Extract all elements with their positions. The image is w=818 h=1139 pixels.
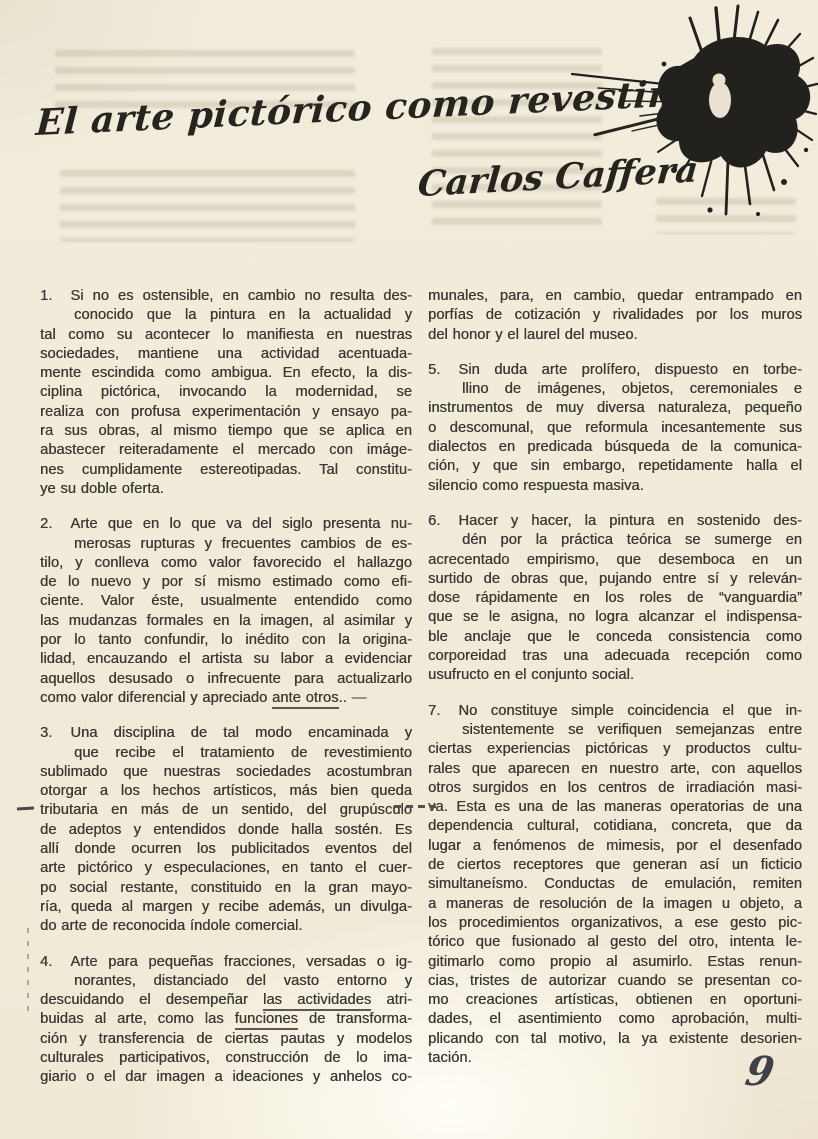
text-line: gitimarlo como propio al asumirlo. Estas…: [428, 953, 802, 972]
text-line: que recibe el tratamiento de revestimien…: [40, 744, 412, 763]
paragraph-number: 1.: [40, 288, 52, 304]
text-line: a maneras de resolución de la imagen u o…: [428, 895, 802, 914]
text-line: 2.Arte que en lo que va del siglo presen…: [40, 515, 412, 534]
text-line: otorgar a los hechos artísticos, más bie…: [40, 782, 412, 801]
paragraph-number: 4.: [40, 954, 52, 970]
text-line: de ciertos receptores que generan así un…: [428, 856, 802, 875]
text-line: llino de imágenes, objetos, ceremoniales…: [428, 380, 802, 399]
paragraph-number: 3.: [40, 725, 52, 741]
text-line: tórico que fusionado al gesto del otro, …: [428, 933, 802, 952]
text-line: nes cumplidamente estereotipadas. Tal co…: [40, 461, 412, 480]
text-line: ción y transferencia de ciertas pautas y…: [40, 1030, 412, 1049]
text-line: culturales participativos, construcción …: [40, 1049, 412, 1068]
text-line: 3.Una disciplina de tal modo encaminada …: [40, 724, 412, 743]
paragraph-continuation: munales, para, en cambio, quedar entramp…: [428, 287, 802, 345]
text-line: del honor y el laurel del museo.: [428, 326, 802, 345]
text-line: realiza con profusa experimentación y en…: [40, 403, 412, 422]
ink-splat-icon: [570, 0, 818, 222]
text-line: dén por la práctica teórica se sumerge e…: [428, 531, 802, 550]
text-line: merosas rupturas y frecuentes cambios de…: [40, 535, 412, 554]
text-line: simultaneísmo. Conductas de emulación, r…: [428, 875, 802, 894]
text-line: arte pictórico y especulaciones, en tant…: [40, 859, 412, 878]
text-line: tributaria en más de un sentido, del gru…: [40, 801, 412, 820]
text-line: lugar a fenómenos de mimesis, por el des…: [428, 837, 802, 856]
text-line: de adeptos y entendidos donde halla sost…: [40, 821, 412, 840]
text-line: ble anclaje que le conceda consistencia …: [428, 628, 802, 647]
underlined-text: funciones: [235, 1011, 298, 1030]
text-line: ciplina pictórica, invocando la modernid…: [40, 383, 412, 402]
scanned-document-page: El arte pictórico como revestimiento Car…: [0, 0, 818, 1139]
text-line: plicando con tal motivo, la ya existente…: [428, 1030, 802, 1049]
text-line: buidas al arte, como las funciones de tr…: [40, 1010, 412, 1029]
text-line: allí donde ocurren los publicitados even…: [40, 840, 412, 859]
text-line: acrecentado empirismo, que desemboca en …: [428, 551, 802, 570]
photocopy-artifact: [27, 928, 29, 1016]
text-line: o descomunal, que reformula incesantemen…: [428, 419, 802, 438]
text-line: norantes, distanciado del vasto entorno …: [40, 972, 412, 991]
text-line: abastecer reiteradamente el mercado con …: [40, 441, 412, 460]
paragraph-3: 3.Una disciplina de tal modo encaminada …: [40, 724, 412, 936]
text-line: mo creaciones artísticas, obtienen en op…: [428, 991, 802, 1010]
text-line: aquellos desusado o infrecuente para act…: [40, 670, 412, 689]
paragraph-7: 7.No constituye simple coincidencia el q…: [428, 702, 802, 1069]
text-line: dependencia cultural, cotidiana, concret…: [428, 817, 802, 836]
paragraph-6: 6.Hacer y hacer, la pintura en sostenido…: [428, 512, 802, 686]
text-line: 4.Arte para pequeñas fracciones, versada…: [40, 953, 412, 972]
text-line: de lo nuevo y por sí mismo estimado como…: [40, 573, 412, 592]
text-line: ción, y que sin embargo, repetidamente h…: [428, 457, 802, 476]
text-line: 7.No constituye simple coincidencia el q…: [428, 702, 802, 721]
text-line: munales, para, en cambio, quedar entramp…: [428, 287, 802, 306]
text-line: ría, queda al margen y recibe además, un…: [40, 898, 412, 917]
text-line: cias, tristes de autorizar cuando se pre…: [428, 972, 802, 991]
text-line: como valor diferencial y apreciado ante …: [40, 689, 412, 708]
text-line: surtido de obras que, pujando entre sí y…: [428, 570, 802, 589]
text-line: rales que aparecen en nuestro arte, con …: [428, 760, 802, 779]
paragraph-number: 2.: [40, 516, 52, 532]
text-line: por lo tanto confundir, lo inédito con l…: [40, 631, 412, 650]
text-line: ciente. Valor éste, usualmente entendido…: [40, 592, 412, 611]
text-line: otros surgidos en los centros de irradia…: [428, 779, 802, 798]
text-line: dose rápidamente en los roles de “vangua…: [428, 589, 802, 608]
paragraph-number: 5.: [428, 362, 440, 378]
underlined-text: ante otros: [272, 690, 339, 709]
text-column-left: 1.Si no es ostensible, en cambio no resu…: [40, 287, 412, 1104]
text-line: do arte de reconocida índole comercial.: [40, 917, 412, 936]
text-line: silencio como respuesta masiva.: [428, 477, 802, 496]
paragraph-2: 2.Arte que en lo que va del siglo presen…: [40, 515, 412, 708]
text-line: sociedades, mantiene una actividad acent…: [40, 345, 412, 364]
text-line: tilo, y conlleva como valor favorecido e…: [40, 554, 412, 573]
text-line: ra sus obras, al mismo tiempo que se apl…: [40, 422, 412, 441]
paragraph-4: 4.Arte para pequeñas fracciones, versada…: [40, 953, 412, 1088]
text-line: descuidando el desempeñar las actividade…: [40, 991, 412, 1010]
text-line: corporeidad tras una adecuada recepción …: [428, 647, 802, 666]
text-line: las mudanzas formales en la imagen, al a…: [40, 612, 412, 631]
text-line: dades, el asentimiento como aprobación, …: [428, 1010, 802, 1029]
text-line: sublimado que nuestras sociedades acostu…: [40, 763, 412, 782]
underlined-text: las actividades: [263, 992, 371, 1011]
text-line: lidad, encauzando el artista su labor a …: [40, 650, 412, 669]
paragraph-1: 1.Si no es ostensible, en cambio no resu…: [40, 287, 412, 499]
text-line: sistentemente se verifiquen semejanzas e…: [428, 721, 802, 740]
text-line: usufructo en el conjunto social.: [428, 666, 802, 685]
paragraph-number: 7.: [428, 703, 440, 719]
text-line: que se le asigna, no logra alcanzar el i…: [428, 608, 802, 627]
text-line: los procedimientos organizativos, a ese …: [428, 914, 802, 933]
pen-dash-mark: [17, 807, 34, 811]
text-line: tal como su acontecer lo manifiesta en n…: [40, 326, 412, 345]
text-line: dialectos en predicada búsqueda de la co…: [428, 438, 802, 457]
text-line: giario o el dar imagen a ideaciones y an…: [40, 1068, 412, 1087]
text-line: conocido que la pintura en la actualidad…: [40, 306, 412, 325]
text-line: mente escindida como ambigua. En efecto,…: [40, 364, 412, 383]
text-line: ciertas experiencias pictóricas y produc…: [428, 740, 802, 759]
paragraph-number: 6.: [428, 513, 440, 529]
text-line: va. Esta es una de las maneras operatori…: [428, 798, 802, 817]
paragraph-5: 5.Sin duda arte prolífero, dispuesto en …: [428, 361, 802, 496]
text-line: tación.: [428, 1049, 802, 1068]
text-line: 1.Si no es ostensible, en cambio no resu…: [40, 287, 412, 306]
text-column-right: munales, para, en cambio, quedar entramp…: [428, 287, 802, 1084]
text-line: po social restante, constituido en la gr…: [40, 879, 412, 898]
text-line: instrumentos de muy diversa naturaleza, …: [428, 399, 802, 418]
text-line: porfías de cotización y rivalidades por …: [428, 306, 802, 325]
bleedthrough-text: [60, 170, 355, 242]
text-line: 5.Sin duda arte prolífero, dispuesto en …: [428, 361, 802, 380]
text-line: ye su doble oferta.: [40, 480, 412, 499]
pen-dash-mark: [394, 805, 436, 808]
text-line: 6.Hacer y hacer, la pintura en sostenido…: [428, 512, 802, 531]
